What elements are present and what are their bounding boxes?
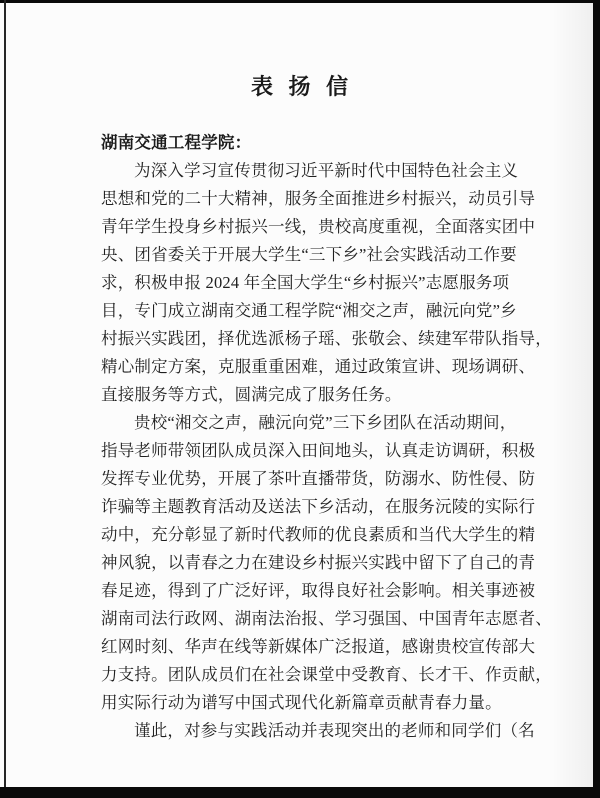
text-line: 思想和党的二十大精神，服务全面推进乡村振兴，动员引导 [101, 185, 514, 213]
text-line: 发挥专业优势，开展了茶叶直播带货，防溺水、防性侵、防 [101, 465, 514, 493]
text-line: 贵校“湘交之声，融沅向党”三下乡团队在活动期间， [101, 409, 514, 437]
letter-salutation: 湖南交通工程学院： [101, 129, 514, 157]
text-line: 谨此，对参与实践活动并表现突出的老师和同学们（名 [101, 717, 514, 745]
text-line: 青年学生投身乡村振兴一线，贵校高度重视，全面落实团中 [101, 213, 514, 241]
scan-edge-bottom [0, 787, 600, 798]
text-line: 精心制定方案，克服重重困难，通过政策宣讲、现场调研、 [101, 353, 514, 381]
text-line: 指导老师带领团队成员深入田间地头，认真走访调研，积极 [101, 437, 514, 465]
text-line: 央、团省委关于开展大学生“三下乡”社会实践活动工作要 [101, 241, 514, 269]
text-line: 湖南司法行政网、湖南法治报、学习强国、中国青年志愿者、 [101, 605, 514, 633]
letter-page: 表 扬 信 湖南交通工程学院： 为深入学习宣传贯彻习近平新时代中国特色社会主义思… [0, 0, 600, 798]
scan-edge-right [593, 0, 600, 798]
text-line: 诈骗等主题教育活动及送法下乡活动，在服务沅陵的实际行 [101, 493, 514, 521]
text-line: 动中，充分彰显了新时代教师的优良素质和当代大学生的精 [101, 521, 514, 549]
letter-title: 表 扬 信 [0, 0, 600, 102]
text-line: 为深入学习宣传贯彻习近平新时代中国特色社会主义 [101, 157, 514, 185]
text-line: 春足迹，得到了广泛好评，取得良好社会影响。相关事迹被 [101, 577, 514, 605]
text-line: 求，积极申报 2024 年全国大学生“乡村振兴”志愿服务项 [101, 269, 514, 297]
text-line: 目，专门成立湖南交通工程学院“湘交之声，融沅向党”乡 [101, 297, 514, 325]
letter-body: 湖南交通工程学院： 为深入学习宣传贯彻习近平新时代中国特色社会主义思想和党的二十… [101, 129, 514, 745]
text-line: 用实际行动为谱写中国式现代化新篇章贡献青春力量。 [101, 689, 514, 717]
text-line: 红网时刻、华声在线等新媒体广泛报道，感谢贵校宣传部大 [101, 633, 514, 661]
text-line: 村振兴实践团，择优选派杨子瑶、张敬会、续建军带队指导， [101, 325, 514, 353]
text-line: 力支持。团队成员们在社会课堂中受教育、长才干、作贡献， [101, 661, 514, 689]
scan-edge-left-line [4, 0, 6, 798]
text-line: 神风貌，以青春之力在建设乡村振兴实践中留下了自己的青 [101, 549, 514, 577]
text-line: 直接服务等方式，圆满完成了服务任务。 [101, 381, 514, 409]
scan-edge-top [0, 0, 600, 3]
